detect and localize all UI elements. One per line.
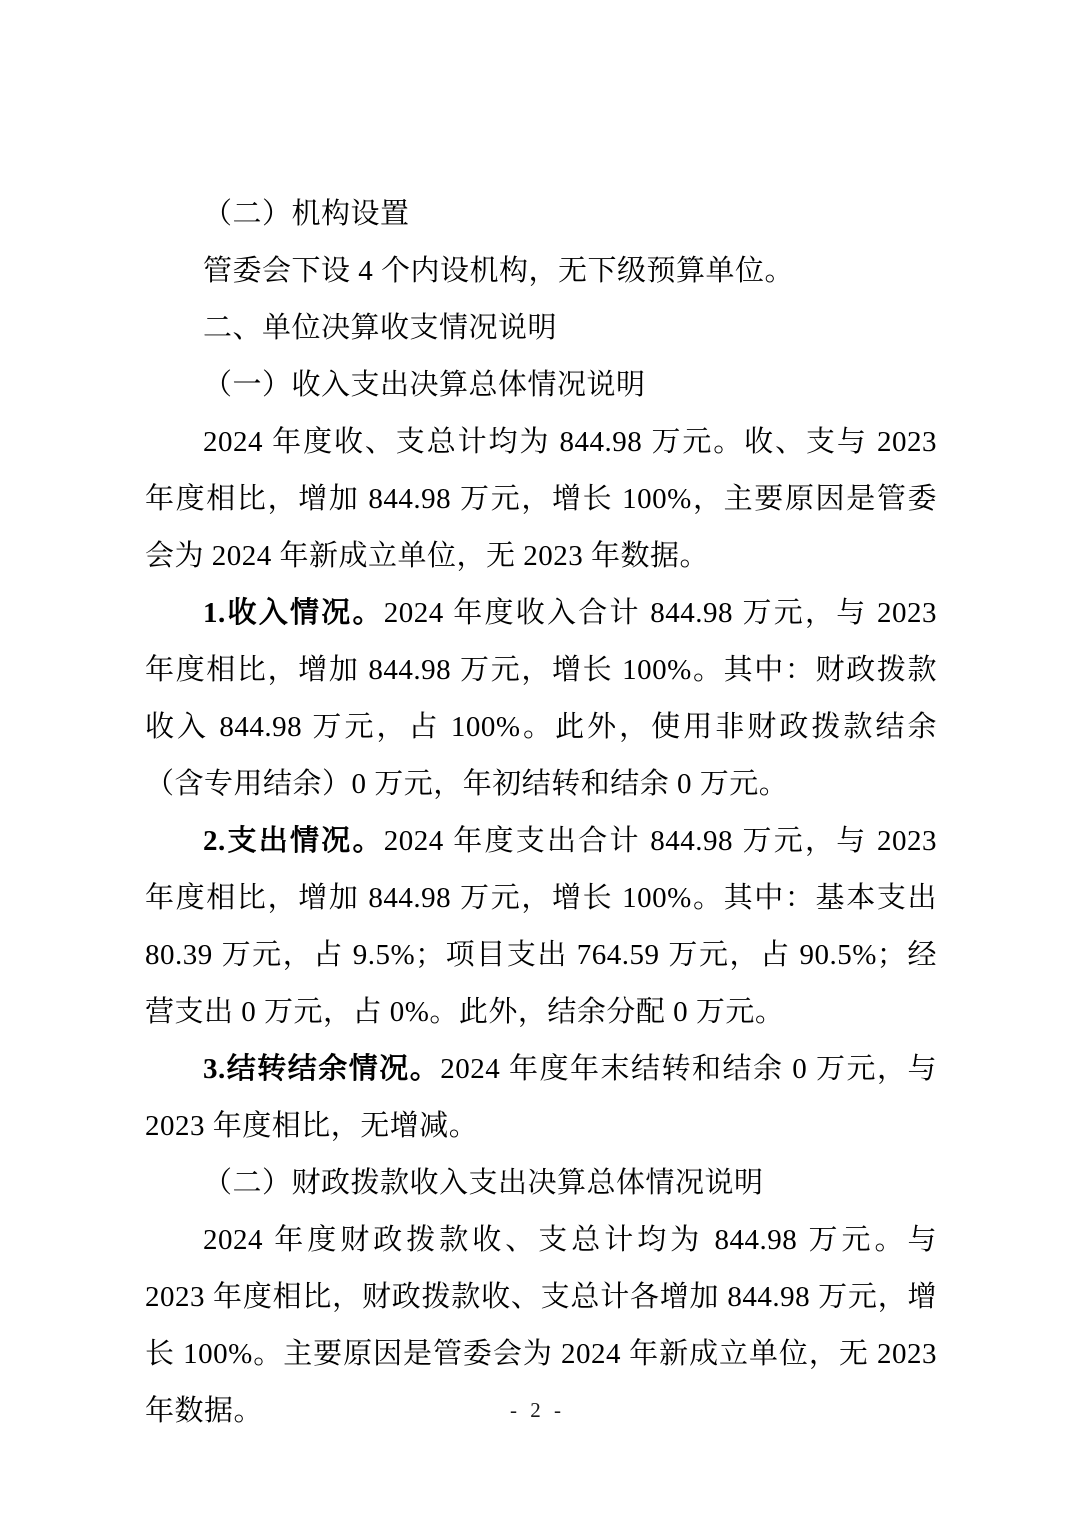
para-org-setup: 管委会下设 4 个内设机构，无下级预算单位。 [145, 243, 937, 300]
document-content: （二）机构设置 管委会下设 4 个内设机构，无下级预算单位。 二、单位决算收支情… [145, 186, 937, 1440]
document-page: （二）机构设置 管委会下设 4 个内设机构，无下级预算单位。 二、单位决算收支情… [0, 0, 1075, 1520]
para-expense: 2.支出情况。2024 年度支出合计 844.98 万元，与 2023 年度相比… [145, 813, 937, 1041]
heading-sub-income-expense: （一）收入支出决算总体情况说明 [145, 357, 937, 414]
para-carryover: 3.结转结余情况。2024 年度年末结转和结余 0 万元，与 2023 年度相比… [145, 1041, 937, 1155]
para-income: 1.收入情况。2024 年度收入合计 844.98 万元，与 2023 年度相比… [145, 585, 937, 813]
carryover-lead-label: 3.结转结余情况。 [203, 1053, 440, 1085]
para-overview: 2024 年度收、支总计均为 844.98 万元。收、支与 2023 年度相比，… [145, 414, 937, 585]
income-lead-label: 1.收入情况。 [203, 597, 384, 629]
page-number: - 2 - [0, 1398, 1075, 1423]
heading-section-2: 二、单位决算收支情况说明 [145, 300, 937, 357]
expense-lead-label: 2.支出情况。 [203, 825, 384, 857]
heading-org-setup: （二）机构设置 [145, 186, 937, 243]
heading-sub-fiscal-appropriation: （二）财政拨款收入支出决算总体情况说明 [145, 1155, 937, 1212]
